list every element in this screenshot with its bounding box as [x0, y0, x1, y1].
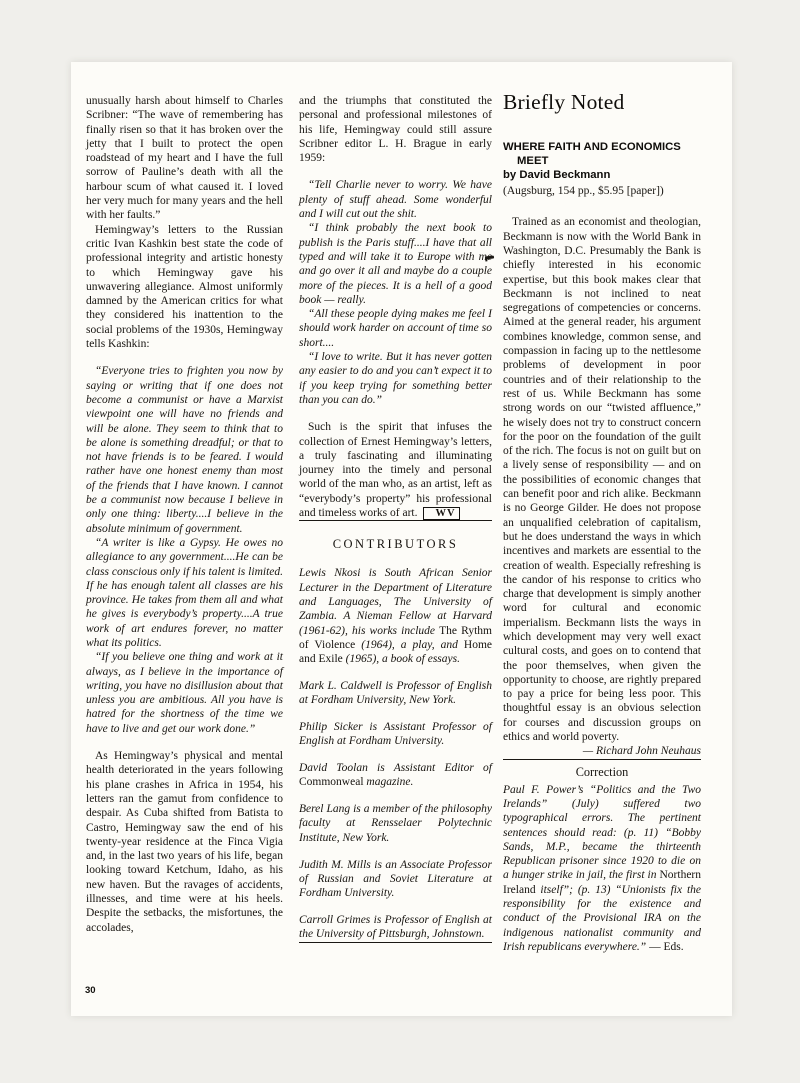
body-paragraph: As Hemingway’s physical and mental healt…: [86, 749, 283, 935]
contributors-list: Lewis Nkosi is South African Senior Lect…: [299, 566, 492, 941]
section-title: Briefly Noted: [503, 90, 701, 114]
quote-paragraph: “A writer is like a Gypsy. He owes no al…: [86, 536, 283, 650]
quote-paragraph: “I think probably the next book to publi…: [299, 221, 492, 307]
review-attribution: — Richard John Neuhaus: [503, 744, 701, 758]
text-run: (1964), a play, and: [355, 639, 464, 651]
text-run: Berel Lang is a member of the philosophy…: [299, 803, 492, 844]
text-run: Mark L. Caldwell is Professor of English…: [299, 680, 492, 706]
quote-paragraph: “Everyone tries to frighten you now by s…: [86, 364, 283, 536]
magazine-page: unusually harsh about himself to Charles…: [71, 62, 732, 1016]
contributors-top-divider: [299, 520, 492, 521]
contributor-entry: Judith M. Mills is an Associate Professo…: [299, 858, 492, 901]
quote-paragraph: “All these people dying makes me feel I …: [299, 307, 492, 350]
text-run: “If you believe one thing and work at it…: [86, 651, 283, 734]
contributor-entry: Berel Lang is a member of the philosophy…: [299, 802, 492, 845]
article-continuation: and the triumphs that constituted the pe…: [299, 94, 492, 520]
review-byline: by David Beckmann: [503, 169, 701, 183]
text-run: “I think probably the next book to publi…: [299, 222, 492, 305]
text-run: Such is the spirit that infuses the coll…: [299, 421, 492, 519]
text-run: Paul F. Power’s “Politics and the Two Ir…: [503, 784, 701, 882]
correction-body: Paul F. Power’s “Politics and the Two Ir…: [503, 783, 701, 955]
article-end-mark: WV: [423, 507, 460, 520]
column-right: Briefly Noted WHERE FAITH AND ECONOMICS …: [503, 90, 701, 954]
text-run: “I love to write. But it has never gotte…: [299, 351, 492, 406]
review-title-line-1: WHERE FAITH AND ECONOMICS: [503, 141, 701, 155]
review-heading-block: WHERE FAITH AND ECONOMICS MEET by David …: [503, 141, 701, 198]
quote-paragraph: “Tell Charlie never to worry. We have pl…: [299, 178, 492, 221]
text-run: “A writer is like a Gypsy. He owes no al…: [86, 537, 283, 649]
correction-heading: Correction: [503, 765, 701, 780]
text-run: “Tell Charlie never to worry. We have pl…: [299, 179, 492, 220]
review-publication-info: (Augsburg, 154 pp., $5.95 [paper]): [503, 184, 701, 198]
text-run: Commonweal: [299, 776, 364, 788]
text-run: David Toolan is Assistant Editor of: [299, 762, 492, 774]
column-middle: and the triumphs that constituted the pe…: [299, 94, 492, 943]
text-run: and the triumphs that constituted the pe…: [299, 95, 492, 164]
contributor-entry: Carroll Grimes is Professor of English a…: [299, 913, 492, 942]
body-paragraph: unusually harsh about himself to Charles…: [86, 94, 283, 223]
text-run: “All these people dying makes me feel I …: [299, 308, 492, 349]
correction-divider: [503, 759, 701, 760]
body-paragraph: and the triumphs that constituted the pe…: [299, 94, 492, 165]
text-run: “Everyone tries to frighten you now by s…: [86, 365, 283, 534]
scanned-page-background: unusually harsh about himself to Charles…: [0, 0, 800, 1083]
body-paragraph: Such is the spirit that infuses the coll…: [299, 420, 492, 520]
text-run: As Hemingway’s physical and mental healt…: [86, 750, 283, 934]
text-run: unusually harsh about himself to Charles…: [86, 95, 283, 221]
page-number: 30: [85, 985, 96, 996]
contributor-entry: Mark L. Caldwell is Professor of English…: [299, 679, 492, 708]
quote-paragraph: “If you believe one thing and work at it…: [86, 650, 283, 736]
text-run: Hemingway’s letters to the Russian criti…: [86, 224, 283, 350]
contributor-entry: Lewis Nkosi is South African Senior Lect…: [299, 566, 492, 666]
text-run: — Eds.: [649, 941, 684, 953]
contributor-entry: Philip Sicker is Assistant Professor of …: [299, 720, 492, 749]
quote-paragraph: “I love to write. But it has never gotte…: [299, 350, 492, 407]
contributors-heading: CONTRIBUTORS: [299, 537, 492, 552]
column-left: unusually harsh about himself to Charles…: [86, 94, 283, 935]
text-run: magazine.: [364, 776, 414, 788]
text-run: (1965), a book of essays.: [343, 653, 460, 665]
text-run: Carroll Grimes is Professor of English a…: [299, 914, 492, 940]
review-body: Trained as an economist and theologian, …: [503, 215, 701, 744]
body-paragraph: Hemingway’s letters to the Russian criti…: [86, 223, 283, 352]
margin-tick-mark: [485, 255, 494, 259]
contributor-entry: David Toolan is Assistant Editor of Comm…: [299, 761, 492, 790]
text-run: Philip Sicker is Assistant Professor of …: [299, 721, 492, 747]
text-run: Judith M. Mills is an Associate Professo…: [299, 859, 492, 900]
review-title-line-2: MEET: [503, 155, 701, 169]
contributors-bottom-divider: [299, 942, 492, 943]
